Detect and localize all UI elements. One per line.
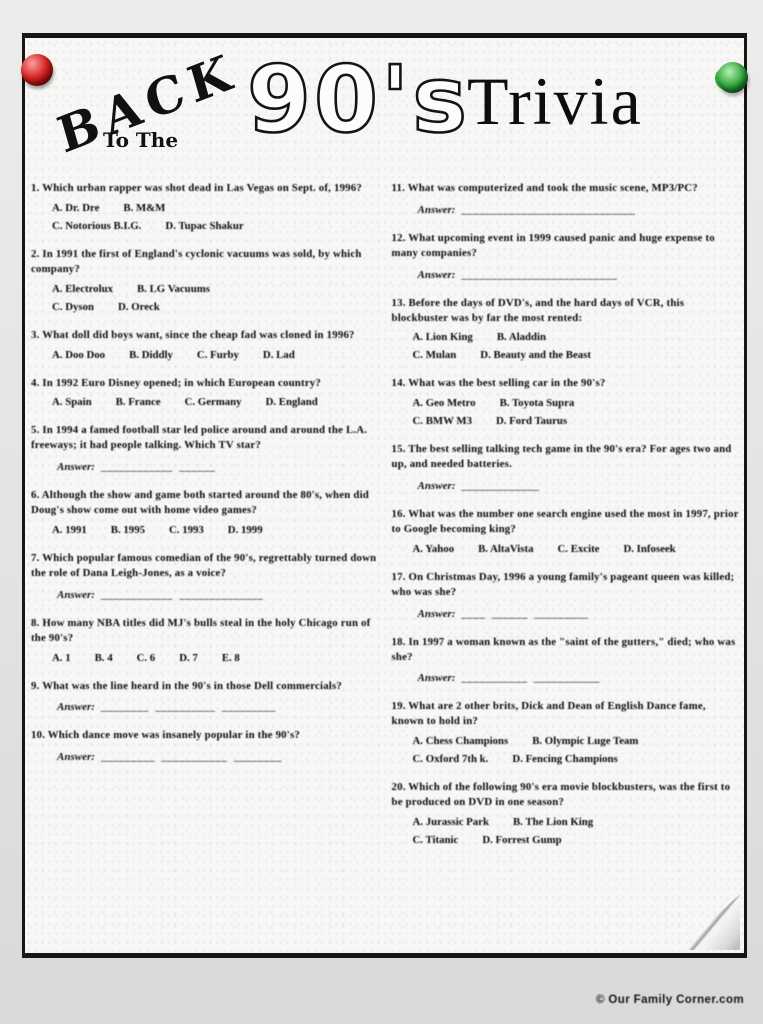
option: B. Aladdin: [497, 331, 546, 343]
question-text: 6. Although the show and game both start…: [31, 488, 379, 518]
option: A. Geo Metro: [413, 397, 476, 409]
question-text: 12. What upcoming event in 1999 caused p…: [392, 231, 740, 261]
option: D. Ford Taurus: [496, 415, 567, 427]
option: A. Lion King: [413, 331, 473, 343]
option: C. Germany: [185, 396, 242, 408]
option: D. Forrest Gump: [482, 834, 561, 846]
option-row: C. TitanicD. Forrest Gump: [413, 834, 740, 846]
option-row: A. Dr. DreB. M&M: [52, 202, 379, 214]
question-text: 19. What are 2 other brits, Dick and Dea…: [392, 699, 740, 729]
question-text: 20. Which of the following 90's era movi…: [392, 780, 740, 810]
question-block: 14. What was the best selling car in the…: [392, 376, 740, 427]
question-block: 4. In 1992 Euro Disney opened; in which …: [31, 376, 379, 409]
option: A. Dr. Dre: [52, 202, 99, 214]
answer-line: Answer:__________________________: [418, 269, 740, 281]
option: D. Infoseek: [623, 543, 675, 555]
option: B. Diddly: [129, 349, 173, 361]
option: A. Jurassic Park: [413, 816, 489, 828]
answer-label: Answer:: [418, 672, 456, 684]
question-text: 18. In 1997 a woman known as the "saint …: [392, 635, 740, 665]
question-block: 2. In 1991 the first of England's cyclon…: [31, 247, 379, 313]
option: C. Titanic: [413, 834, 459, 846]
option: A. Chess Champions: [413, 735, 509, 747]
question-block: 10. Which dance move was insanely popula…: [31, 728, 379, 763]
option: C. Furby: [197, 349, 239, 361]
answer-blank: ________ __________ _________: [101, 701, 276, 713]
option: C. 1993: [169, 524, 204, 536]
answer-label: Answer:: [418, 269, 456, 281]
option: D. Tupac Shakur: [165, 220, 243, 232]
option-row: A. Jurassic ParkB. The Lion King: [413, 816, 740, 828]
answer-line: Answer:___________ ___________: [418, 672, 740, 684]
question-text: 14. What was the best selling car in the…: [392, 376, 740, 391]
option-row: A. YahooB. AltaVistaC. ExciteD. Infoseek: [413, 543, 740, 555]
question-block: 7. Which popular famous comedian of the …: [31, 551, 379, 601]
option-row: A. 1B. 4C. 6D. 7E. 8: [52, 652, 379, 664]
option-row: C. Notorious B.I.G.D. Tupac Shakur: [52, 220, 379, 232]
answer-line: Answer:_____________________________: [418, 204, 740, 216]
question-block: 19. What are 2 other brits, Dick and Dea…: [392, 699, 740, 765]
option-row: C. Oxford 7th k.D. Fencing Champions: [413, 753, 740, 765]
option: B. LG Vacuums: [137, 283, 210, 295]
option: B. France: [116, 396, 161, 408]
option: B. AltaVista: [478, 543, 533, 555]
title-to-the: To The: [103, 128, 178, 152]
option: E. 8: [222, 652, 240, 664]
option: D. Fencing Champions: [512, 753, 617, 765]
option: D. 1999: [228, 524, 263, 536]
question-text: 7. Which popular famous comedian of the …: [31, 551, 379, 581]
title-trivia: Trivia: [467, 62, 643, 141]
option: C. Mulan: [413, 349, 457, 361]
option: C. Excite: [558, 543, 600, 555]
option-row: C. BMW M3D. Ford Taurus: [413, 415, 740, 427]
question-block: 11. What was computerized and took the m…: [392, 181, 740, 216]
question-text: 9. What was the line heard in the 90's i…: [31, 679, 379, 694]
option: C. Oxford 7th k.: [413, 753, 489, 765]
option: B. M&M: [123, 202, 165, 214]
answer-label: Answer:: [57, 461, 95, 473]
green-pushpin-icon: [717, 62, 748, 93]
right-column: 11. What was computerized and took the m…: [392, 181, 740, 951]
option: A. Electrolux: [52, 283, 113, 295]
answer-line: Answer:____________ ______________: [57, 589, 379, 601]
option: D. Lad: [263, 349, 295, 361]
option-row: A. Doo DooB. DiddlyC. FurbyD. Lad: [52, 349, 379, 361]
question-text: 15. The best selling talking tech game i…: [392, 442, 740, 472]
question-text: 8. How many NBA titles did MJ's bulls st…: [31, 616, 379, 646]
question-block: 3. What doll did boys want, since the ch…: [31, 328, 379, 361]
answer-label: Answer:: [418, 480, 456, 492]
question-text: 4. In 1992 Euro Disney opened; in which …: [31, 376, 379, 391]
question-block: 12. What upcoming event in 1999 caused p…: [392, 231, 740, 281]
option: D. Beauty and the Beast: [480, 349, 591, 361]
question-text: 5. In 1994 a famed football star led pol…: [31, 423, 379, 453]
answer-label: Answer:: [57, 701, 95, 713]
answer-line: Answer:____________ ______: [57, 461, 379, 473]
question-text: 16. What was the number one search engin…: [392, 507, 740, 537]
question-block: 6. Although the show and game both start…: [31, 488, 379, 536]
question-block: 15. The best selling talking tech game i…: [392, 442, 740, 492]
option-row: A. ElectroluxB. LG Vacuums: [52, 283, 379, 295]
footer-credit: © Our Family Corner.com: [0, 994, 744, 1006]
option: A. Spain: [52, 396, 92, 408]
question-columns: 1. Which urban rapper was shot dead in L…: [31, 181, 739, 951]
option: C. 6: [137, 652, 156, 664]
answer-blank: _________ ___________ ________: [101, 751, 282, 763]
option: D. 7: [179, 652, 198, 664]
question-block: 18. In 1997 a woman known as the "saint …: [392, 635, 740, 685]
option: B. Toyota Supra: [500, 397, 575, 409]
option: C. BMW M3: [413, 415, 472, 427]
option-row: A. Lion KingB. Aladdin: [413, 331, 740, 343]
question-block: 16. What was the number one search engin…: [392, 507, 740, 555]
question-text: 2. In 1991 the first of England's cyclon…: [31, 247, 379, 277]
answer-blank: ____________ ______: [101, 461, 216, 473]
question-text: 11. What was computerized and took the m…: [392, 181, 740, 196]
option: D. Oreck: [118, 301, 160, 313]
answer-blank: _____________: [461, 480, 539, 492]
answer-blank: ____________ ______________: [101, 589, 264, 601]
question-text: 1. Which urban rapper was shot dead in L…: [31, 181, 379, 196]
question-block: 8. How many NBA titles did MJ's bulls st…: [31, 616, 379, 664]
question-block: 9. What was the line heard in the 90's i…: [31, 679, 379, 714]
option-row: A. SpainB. FranceC. GermanyD. England: [52, 396, 379, 408]
answer-blank: __________________________: [461, 269, 617, 281]
option: A. Yahoo: [413, 543, 455, 555]
answer-label: Answer:: [57, 589, 95, 601]
worksheet-page: BACK To The 90's Trivia 1. Which urban r…: [22, 33, 747, 958]
title-90s: 90's: [247, 46, 470, 153]
answer-line: Answer:____ ______ _________: [418, 608, 740, 620]
question-block: 17. On Christmas Day, 1996 a young famil…: [392, 570, 740, 620]
question-text: 10. Which dance move was insanely popula…: [31, 728, 379, 743]
answer-line: Answer:_____________: [418, 480, 740, 492]
page-header: BACK To The 90's Trivia: [25, 38, 744, 183]
answer-label: Answer:: [57, 751, 95, 763]
option-row: C. DysonD. Oreck: [52, 301, 379, 313]
answer-blank: _____________________________: [461, 204, 635, 216]
option: C. Notorious B.I.G.: [52, 220, 141, 232]
option: D. England: [266, 396, 318, 408]
red-pushpin-icon: [21, 54, 53, 86]
question-block: 20. Which of the following 90's era movi…: [392, 780, 740, 846]
option: B. 4: [95, 652, 113, 664]
option: B. The Lion King: [513, 816, 593, 828]
option: A. 1991: [52, 524, 87, 536]
answer-label: Answer:: [418, 204, 456, 216]
option: C. Dyson: [52, 301, 94, 313]
question-text: 17. On Christmas Day, 1996 a young famil…: [392, 570, 740, 600]
question-block: 5. In 1994 a famed football star led pol…: [31, 423, 379, 473]
answer-blank: ____ ______ _________: [461, 608, 588, 620]
answer-line: Answer:________ __________ _________: [57, 701, 379, 713]
question-block: 1. Which urban rapper was shot dead in L…: [31, 181, 379, 232]
option-row: A. 1991B. 1995C. 1993D. 1999: [52, 524, 379, 536]
option: A. 1: [52, 652, 71, 664]
left-column: 1. Which urban rapper was shot dead in L…: [31, 181, 379, 951]
question-text: 3. What doll did boys want, since the ch…: [31, 328, 379, 343]
question-text: 13. Before the days of DVD's, and the ha…: [392, 296, 740, 326]
option: B. 1995: [111, 524, 145, 536]
option-row: A. Geo MetroB. Toyota Supra: [413, 397, 740, 409]
answer-line: Answer:_________ ___________ ________: [57, 751, 379, 763]
option: B. Olympic Luge Team: [532, 735, 638, 747]
option-row: A. Chess ChampionsB. Olympic Luge Team: [413, 735, 740, 747]
question-block: 13. Before the days of DVD's, and the ha…: [392, 296, 740, 362]
option: A. Doo Doo: [52, 349, 105, 361]
option-row: C. MulanD. Beauty and the Beast: [413, 349, 740, 361]
answer-label: Answer:: [418, 608, 456, 620]
answer-blank: ___________ ___________: [461, 672, 600, 684]
